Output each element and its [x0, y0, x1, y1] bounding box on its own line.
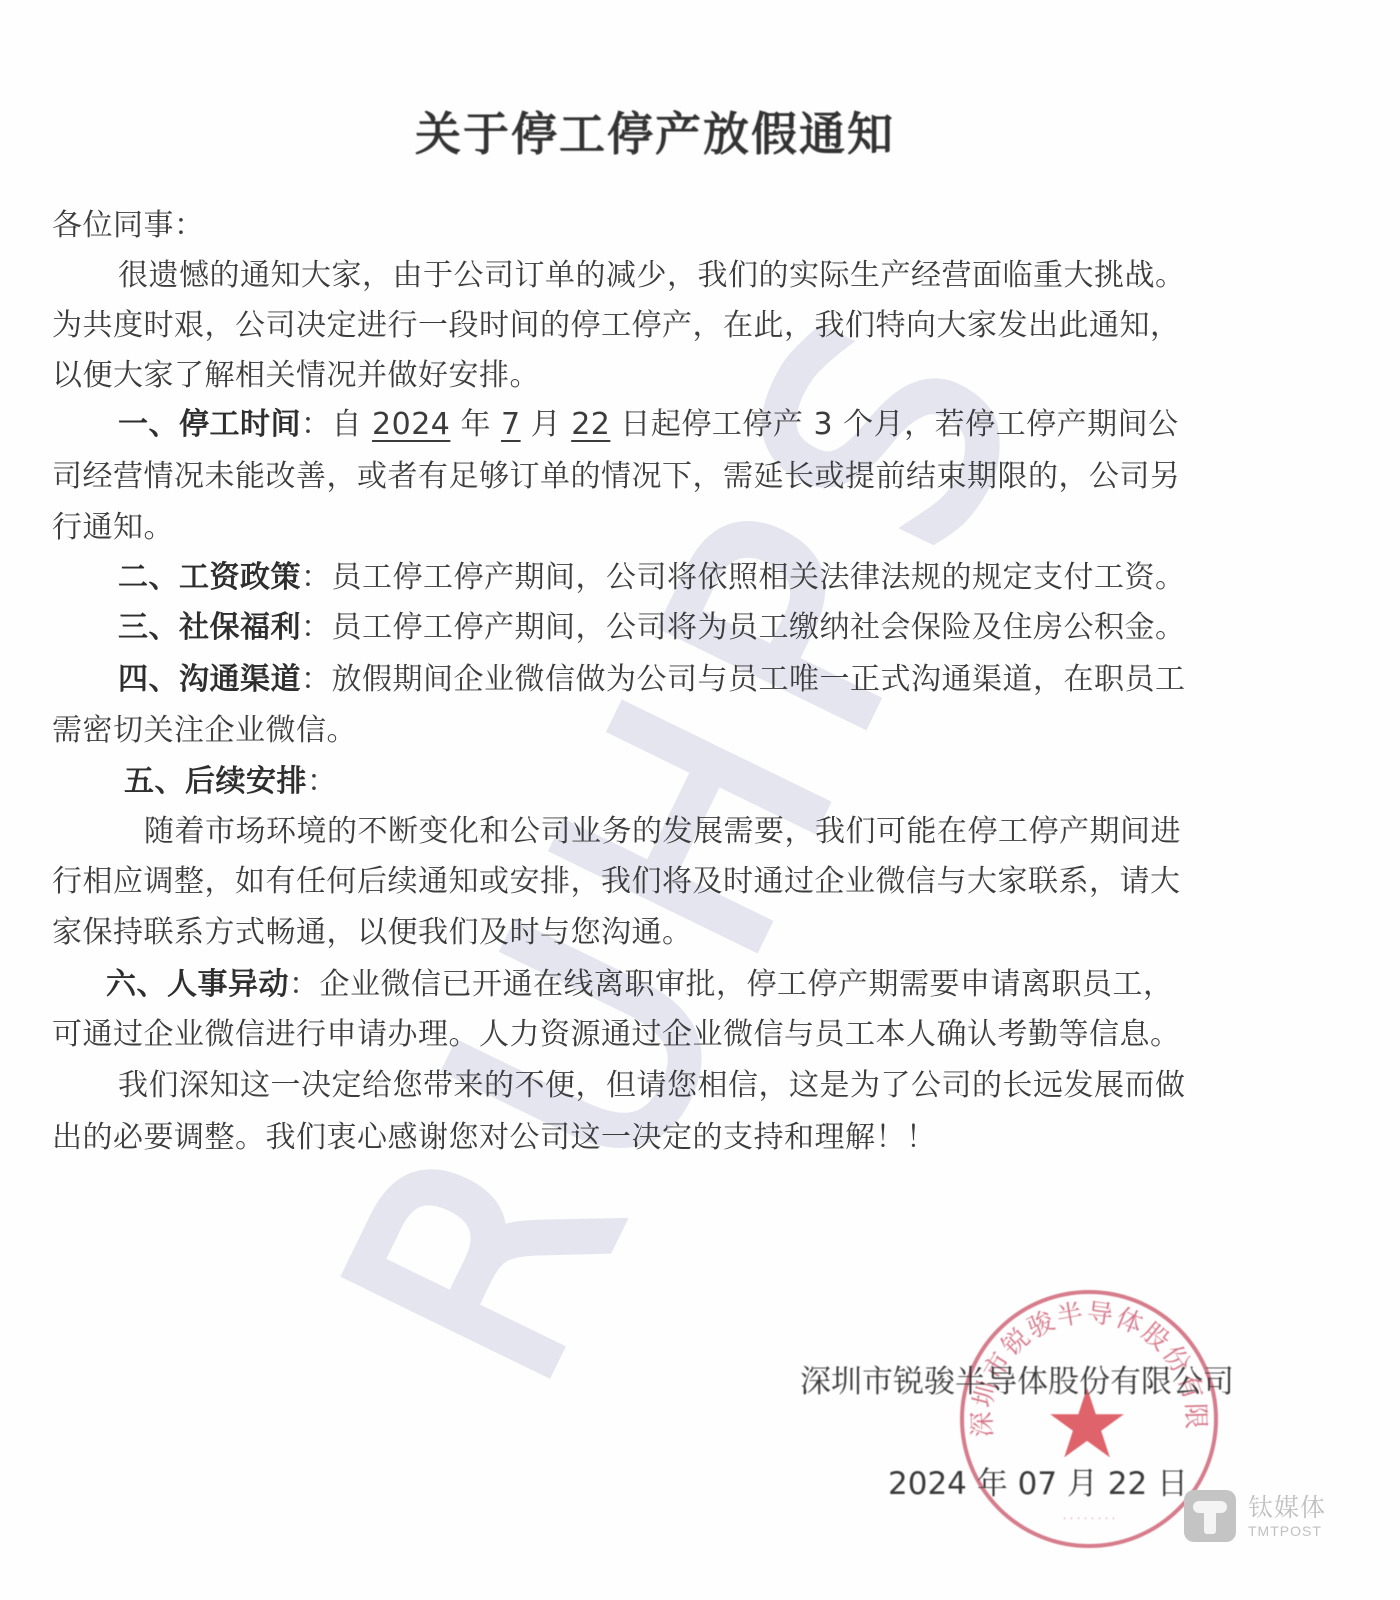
month-unit: 月: [531, 407, 562, 442]
tmtpost-logo-icon: [1184, 1490, 1236, 1542]
company-seal: 深圳市锐骏半导体股份有限公司 · · · · · · · · ★: [960, 1290, 1218, 1548]
section-5-colon: ：: [307, 764, 338, 799]
year-unit: 年: [460, 407, 491, 442]
section-1-colon: ：: [301, 407, 332, 442]
section-5-line-2: 行相应调整，如有任何后续通知或安排，我们将及时通过企业微信与大家联系，请大: [52, 862, 1181, 902]
section-1-line-1: 一、停工时间：自 2024 年 7 月 22 日起停工停产 3 个月，若停工停产…: [118, 405, 1179, 445]
section-1-heading: 停工时间: [179, 407, 301, 442]
section-4-number: 四、: [118, 662, 179, 697]
greeting: 各位同事：: [52, 206, 205, 246]
section-4-colon: ：: [301, 662, 332, 697]
section-2-number: 二、: [118, 560, 179, 595]
intro-line-3: 以便大家了解相关情况并做好安排。: [52, 356, 540, 396]
section-3-heading: 社保福利: [179, 610, 301, 645]
section-2-text: 员工停工停产期间，公司将依照相关法律法规的规定支付工资。: [332, 560, 1186, 595]
closing-line-1: 我们深知这一决定给您带来的不便，但请您相信，这是为了公司的长远发展而做: [118, 1066, 1186, 1106]
stop-day: 22: [571, 407, 610, 442]
section-1-line-3: 行通知。: [52, 508, 174, 548]
svg-text:· · · · · · · ·: · · · · · · · ·: [1063, 1512, 1115, 1525]
section-3-line-1: 三、社保福利：员工停工停产期间，公司将为员工缴纳社会保险及住房公积金。: [118, 608, 1186, 648]
section-6-colon: ：: [289, 967, 320, 1002]
section-5-line-3: 家保持联系方式畅通，以便我们及时与您沟通。: [52, 913, 693, 953]
section-5-number: 五、: [124, 764, 185, 799]
closing-line-2: 出的必要调整。我们衷心感谢您对公司这一决定的支持和理解！！: [52, 1118, 937, 1158]
tmtpost-name-en: TMTPOST: [1248, 1524, 1326, 1538]
tmtpost-watermark: 钛媒体 TMTPOST: [1184, 1490, 1326, 1542]
section-3-number: 三、: [118, 610, 179, 645]
section-6-text: 企业微信已开通在线离职审批，停工停产期需要申请离职员工，: [320, 967, 1174, 1002]
section-2-heading: 工资政策: [179, 560, 301, 595]
section-3-colon: ：: [301, 610, 332, 645]
signature-date: 2024 年 07 月 22 日: [888, 1464, 1188, 1504]
section-5-heading: 后续安排: [185, 764, 307, 799]
section-5-heading-line: 五、后续安排：: [124, 762, 338, 802]
tmtpost-name-cn: 钛媒体: [1248, 1495, 1326, 1520]
intro-line-1: 很遗憾的通知大家，由于公司订单的减少，我们的实际生产经营面临重大挑战。: [118, 256, 1186, 296]
intro-line-2: 为共度时艰，公司决定进行一段时间的停工停产，在此，我们特向大家发出此通知，: [52, 306, 1181, 346]
section-6-heading: 人事异动: [167, 967, 289, 1002]
notice-content: 关于停工停产放假通知 各位同事： 很遗憾的通知大家，由于公司订单的减少，我们的实…: [0, 0, 1400, 1600]
section-2-colon: ：: [301, 560, 332, 595]
stop-year: 2024: [372, 407, 450, 442]
section-6-number: 六、: [106, 967, 167, 1002]
section-1-prefix: 自: [332, 407, 363, 442]
document-page: RUHPS 关于停工停产放假通知 各位同事： 很遗憾的通知大家，由于公司订单的减…: [0, 0, 1400, 1600]
section-1-number: 一、: [118, 407, 179, 442]
section-4-heading: 沟通渠道: [179, 662, 301, 697]
section-6-line-2: 可通过企业微信进行申请办理。人力资源通过企业微信与员工本人确认考勤等信息。: [52, 1015, 1181, 1055]
section-2-line-1: 二、工资政策：员工停工停产期间，公司将依照相关法律法规的规定支付工资。: [118, 558, 1186, 598]
notice-title: 关于停工停产放假通知: [0, 98, 1310, 164]
section-3-text: 员工停工停产期间，公司将为员工缴纳社会保险及住房公积金。: [332, 610, 1186, 645]
section-4-line-2: 需密切关注企业微信。: [52, 711, 357, 751]
stop-month: 7: [501, 407, 521, 442]
section-4-text: 放假期间企业微信做为公司与员工唯一正式沟通渠道，在职员工: [332, 662, 1186, 697]
section-4-line-1: 四、沟通渠道：放假期间企业微信做为公司与员工唯一正式沟通渠道，在职员工: [118, 660, 1186, 700]
day-unit: 日: [620, 407, 651, 442]
section-5-line-1: 随着市场环境的不断变化和公司业务的发展需要，我们可能在停工停产期间进: [144, 812, 1181, 852]
section-1-line-2: 司经营情况未能改善，或者有足够订单的情况下，需延长或提前结束期限的，公司另: [52, 457, 1181, 497]
section-1-rest: 起停工停产 3 个月，若停工停产期间公: [651, 407, 1179, 442]
signature-company: 深圳市锐骏半导体股份有限公司: [800, 1362, 1234, 1402]
section-6-line-1: 六、人事异动：企业微信已开通在线离职审批，停工停产期需要申请离职员工，: [106, 965, 1174, 1005]
